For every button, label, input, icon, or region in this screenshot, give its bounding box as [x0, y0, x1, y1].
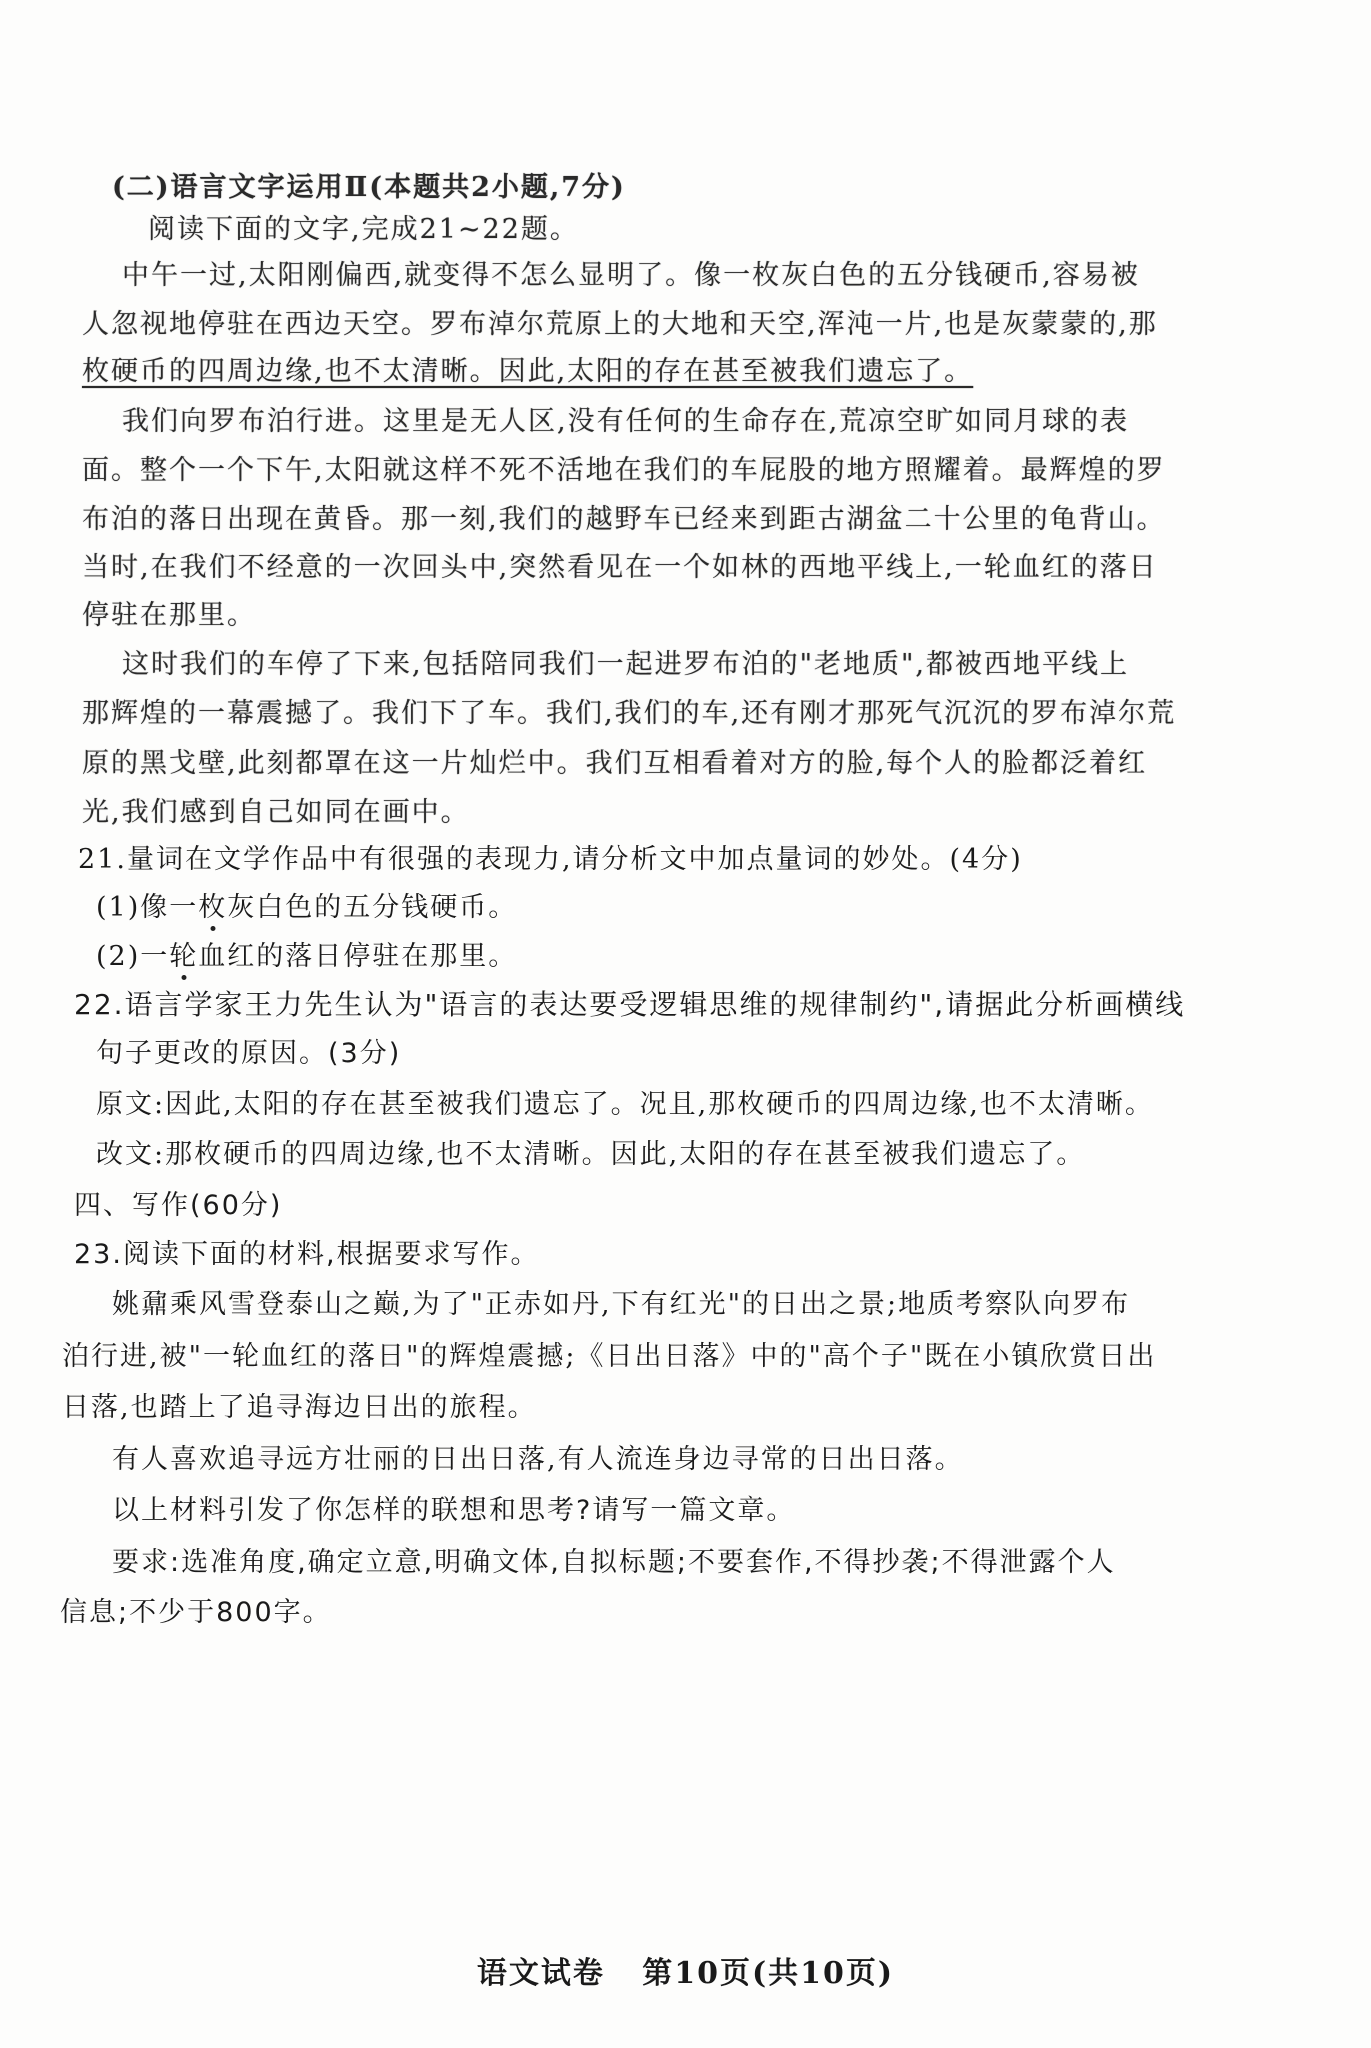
- section-iv-heading: 四、写作(60分): [74, 1186, 282, 1226]
- q23-requirements-line1: 要求:选准角度,确定立意,明确文体,自拟标题;不要套作,不得抄袭;不得泄露个人: [112, 1543, 1116, 1583]
- passage-p1-line3-underlined: 枚硬币的四周边缘,也不太清晰。因此,太阳的存在甚至被我们遗忘了。: [82, 352, 973, 392]
- q23-material-line1: 姚鼐乘风雪登泰山之巅,为了"正赤如丹,下有红光"的日出之景;地质考察队向罗布: [112, 1285, 1130, 1325]
- q21-item2-dotted-measure-word: 轮: [169, 941, 198, 972]
- passage-p3-line2: 那辉煌的一幕震撼了。我们下了车。我们,我们的车,还有刚才那死气沉沉的罗布淖尔荒: [82, 694, 1176, 734]
- q21-item1-suffix: 灰白色的五分钱硬币。: [227, 892, 517, 923]
- exam-page: (二)语言文字运用Ⅱ(本题共2小题,7分) 阅读下面的文字,完成21~22题。 …: [0, 0, 1371, 2048]
- q23-requirements-line2: 信息;不少于800字。: [60, 1593, 332, 1633]
- passage-p2-line4: 当时,在我们不经意的一次回头中,突然看见在一个如林的西地平线上,一轮血红的落日: [82, 548, 1158, 588]
- q23-prompt: 以上材料引发了你怎样的联想和思考?请写一篇文章。: [112, 1491, 795, 1531]
- section-ii-instruction: 阅读下面的文字,完成21~22题。: [148, 210, 579, 250]
- q22-stem-line1: 22.语言学家王力先生认为"语言的表达要受逻辑思维的规律制约",请据此分析画横线: [74, 985, 1185, 1025]
- passage-p3-line1: 这时我们的车停了下来,包括陪同我们一起进罗布泊的"老地质",都被西地平线上: [122, 645, 1129, 685]
- q22-original-text: 原文:因此,太阳的存在甚至被我们遗忘了。况且,那枚硬币的四周边缘,也不太清晰。: [96, 1085, 1154, 1125]
- passage-p2-line3: 布泊的落日出现在黄昏。那一刻,我们的越野车已经来到距古湖盆二十公里的龟背山。: [82, 500, 1166, 540]
- q22-revised-text: 改文:那枚硬币的四周边缘,也不太清晰。因此,太阳的存在甚至被我们遗忘了。: [96, 1135, 1085, 1175]
- passage-p2-line1: 我们向罗布泊行进。这里是无人区,没有任何的生命存在,荒凉空旷如同月球的表: [122, 402, 1129, 442]
- passage-p2-line2: 面。整个一个下午,太阳就这样不死不活地在我们的车屁股的地方照耀着。最辉煌的罗: [82, 451, 1166, 491]
- passage-p1-line2: 人忽视地停驻在西边天空。罗布淖尔荒原上的大地和天空,浑沌一片,也是灰蒙蒙的,那: [82, 305, 1158, 345]
- passage-p1-line1: 中午一过,太阳刚偏西,就变得不怎么显明了。像一枚灰白色的五分钱硬币,容易被: [122, 256, 1140, 296]
- page-footer: 语文试卷 第10页(共10页): [0, 1948, 1371, 1992]
- q21-item1-dotted-measure-word: 枚: [198, 892, 227, 923]
- passage-p3-line3: 原的黑戈壁,此刻都罩在这一片灿烂中。我们互相看着对方的脸,每个人的脸都泛着红: [82, 744, 1147, 784]
- q21-item2: (2)一轮血红的落日停驻在那里。: [96, 937, 517, 977]
- q22-stem-line2: 句子更改的原因。(3分): [96, 1034, 401, 1074]
- section-ii-heading: (二)语言文字运用Ⅱ(本题共2小题,7分): [112, 168, 626, 208]
- q21-item1: (1)像一枚灰白色的五分钱硬币。: [96, 888, 517, 928]
- q23-material-line2: 泊行进,被"一轮血红的落日"的辉煌震撼;《日出日落》中的"高个子"既在小镇欣赏日…: [62, 1337, 1156, 1377]
- q21-item2-prefix: (2)一: [96, 941, 169, 972]
- passage-p3-line4: 光,我们感到自己如同在画中。: [82, 793, 470, 833]
- q23-material-line3: 日落,也踏上了追寻海边日出的旅程。: [62, 1388, 537, 1428]
- q21-stem: 21.量词在文学作品中有很强的表现力,请分析文中加点量词的妙处。(4分): [78, 840, 1023, 880]
- passage-p2-line5: 停驻在那里。: [82, 596, 256, 636]
- q23-contrast: 有人喜欢追寻远方壮丽的日出日落,有人流连身边寻常的日出日落。: [112, 1440, 964, 1480]
- q21-item2-suffix: 血红的落日停驻在那里。: [198, 941, 517, 972]
- q23-stem: 23.阅读下面的材料,根据要求写作。: [74, 1235, 540, 1275]
- q21-item1-prefix: (1)像一: [96, 892, 198, 923]
